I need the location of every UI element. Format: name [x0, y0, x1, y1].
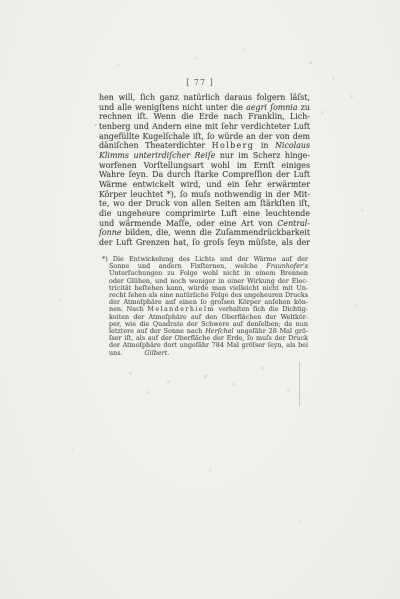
text-line: hen will, ſich ganz natürlich daraus fol… — [99, 93, 310, 103]
text-line: däniſchen Theaterdichter Holberg in Nico… — [99, 141, 310, 151]
scan-margin-mark: , — [94, 119, 97, 127]
text-line: worfenen Vorſtellungsart wohl im Ernſt e… — [99, 161, 310, 171]
text-line: Klimms unterirdiſcher Reiſe nur im Scher… — [99, 151, 310, 161]
text-line: die ungeheure comprimirte Luft eine leuc… — [99, 209, 310, 219]
page-number-header: [ 77 ] — [0, 78, 400, 87]
main-paragraph: hen will, ſich ganz natürlich daraus fol… — [99, 93, 310, 248]
scan-noise-specks — [0, 0, 1, 1]
text-line: der Luft Grenzen hat, ſo groſs ſeyn müſs… — [99, 238, 310, 248]
text-line: te, wo der Druck von allen Seiten am ſtä… — [99, 199, 310, 209]
footnote-last-word: uns. — [109, 349, 123, 357]
footnote-signature: Gilbert. — [145, 349, 170, 357]
text-line: und wärmende Maſſe, oder eine Art von Ce… — [99, 219, 310, 229]
text-line: Körper leuchtet *), ſo muſs nothwendig i… — [99, 190, 310, 200]
text-line: Wahre ſeyn. Da durch ſtarke Compreſſion … — [99, 170, 310, 180]
text-line: ſonne bilden, die, wenn die Zuſammendrüc… — [99, 228, 310, 238]
text-line: rechnen iſt. Wenn die Erde nach Franklin… — [99, 112, 310, 122]
text-line: und alle wenigſtens nicht unter die aegr… — [99, 103, 310, 113]
text-line: angefüllte Kugelſchale iſt, ſo würde an … — [99, 132, 310, 142]
text-line: der Atmoſphäre dort ungefähr 784 Mal grö… — [109, 342, 308, 349]
scan-artifact-line — [299, 362, 300, 406]
footnote-block: *) Die Entwickelung des Lichts und der W… — [102, 256, 308, 357]
text-line: Wärme entwickelt wird, und ein ſehr erwä… — [99, 180, 310, 190]
scanned-book-page: [ 77 ] hen will, ſich ganz natürlich dar… — [0, 0, 400, 599]
text-line: tenberg und Andern eine mit ſehr verdich… — [99, 122, 310, 132]
footnote-last-line: uns.Gilbert. — [109, 350, 308, 357]
